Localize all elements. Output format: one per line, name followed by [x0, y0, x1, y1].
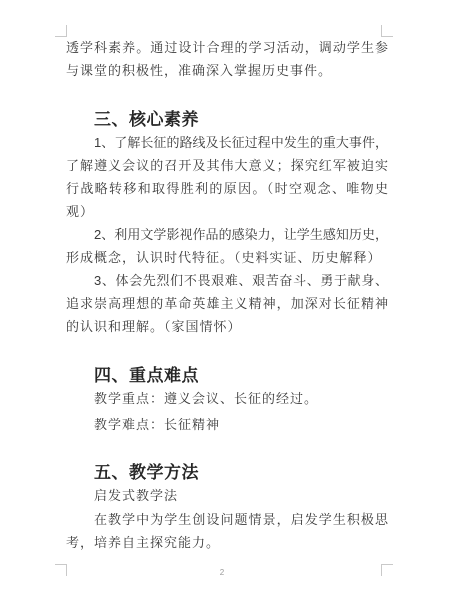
paragraph-line: 考，培养自主探究能力。 — [66, 531, 388, 554]
text-boundary-mark-bottom-right — [381, 564, 393, 576]
page-number: 2 — [212, 568, 232, 578]
section-heading-core-literacy: 三、核心素养 — [66, 108, 388, 131]
document-text-area[interactable]: 透学科素养。通过设计合理的学习活动，调动学生参 与课堂的积极性，准确深入掌握历史… — [66, 36, 388, 554]
paragraph-line-teaching-difficulty: 教学难点：长征精神 — [66, 413, 388, 436]
paragraph-line: 1、了解长征的路线及长征过程中发生的重大事件， — [66, 131, 388, 154]
paragraph-line-teaching-key-point: 教学重点：遵义会议、长征的经过。 — [66, 387, 388, 410]
document-page: 透学科素养。通过设计合理的学习活动，调动学生参 与课堂的积极性，准确深入掌握历史… — [0, 0, 449, 600]
section-heading-key-points: 四、重点难点 — [66, 364, 388, 387]
paragraph-line: 了解遵义会议的召开及其伟大意义；探究红军被迫实 — [66, 154, 388, 177]
paragraph-line: 的认识和理解。（家国情怀） — [66, 315, 388, 338]
paragraph-line: 追求崇高理想的革命英雄主义精神，加深对长征精神 — [66, 292, 388, 315]
paragraph-line: 透学科素养。通过设计合理的学习活动，调动学生参 — [66, 36, 388, 59]
text-boundary-mark-bottom-left — [55, 564, 67, 576]
paragraph-line: 在教学中为学生创设问题情景，启发学生积极思 — [66, 508, 388, 531]
paragraph-line: 启发式教学法 — [66, 484, 388, 507]
section-heading-teaching-methods: 五、教学方法 — [66, 461, 388, 484]
paragraph-line: 2、利用文学影视作品的感染力，让学生感知历史， — [66, 223, 388, 246]
paragraph-line: 行战略转移和取得胜利的原因。（时空观念、唯物史 — [66, 177, 388, 200]
paragraph-line: 与课堂的积极性，准确深入掌握历史事件。 — [66, 59, 388, 82]
paragraph-line: 3、体会先烈们不畏艰难、艰苦奋斗、勇于献身、 — [66, 269, 388, 292]
paragraph-line: 观） — [66, 200, 388, 223]
paragraph-line: 形成概念，认识时代特征。（史料实证、历史解释） — [66, 246, 388, 269]
